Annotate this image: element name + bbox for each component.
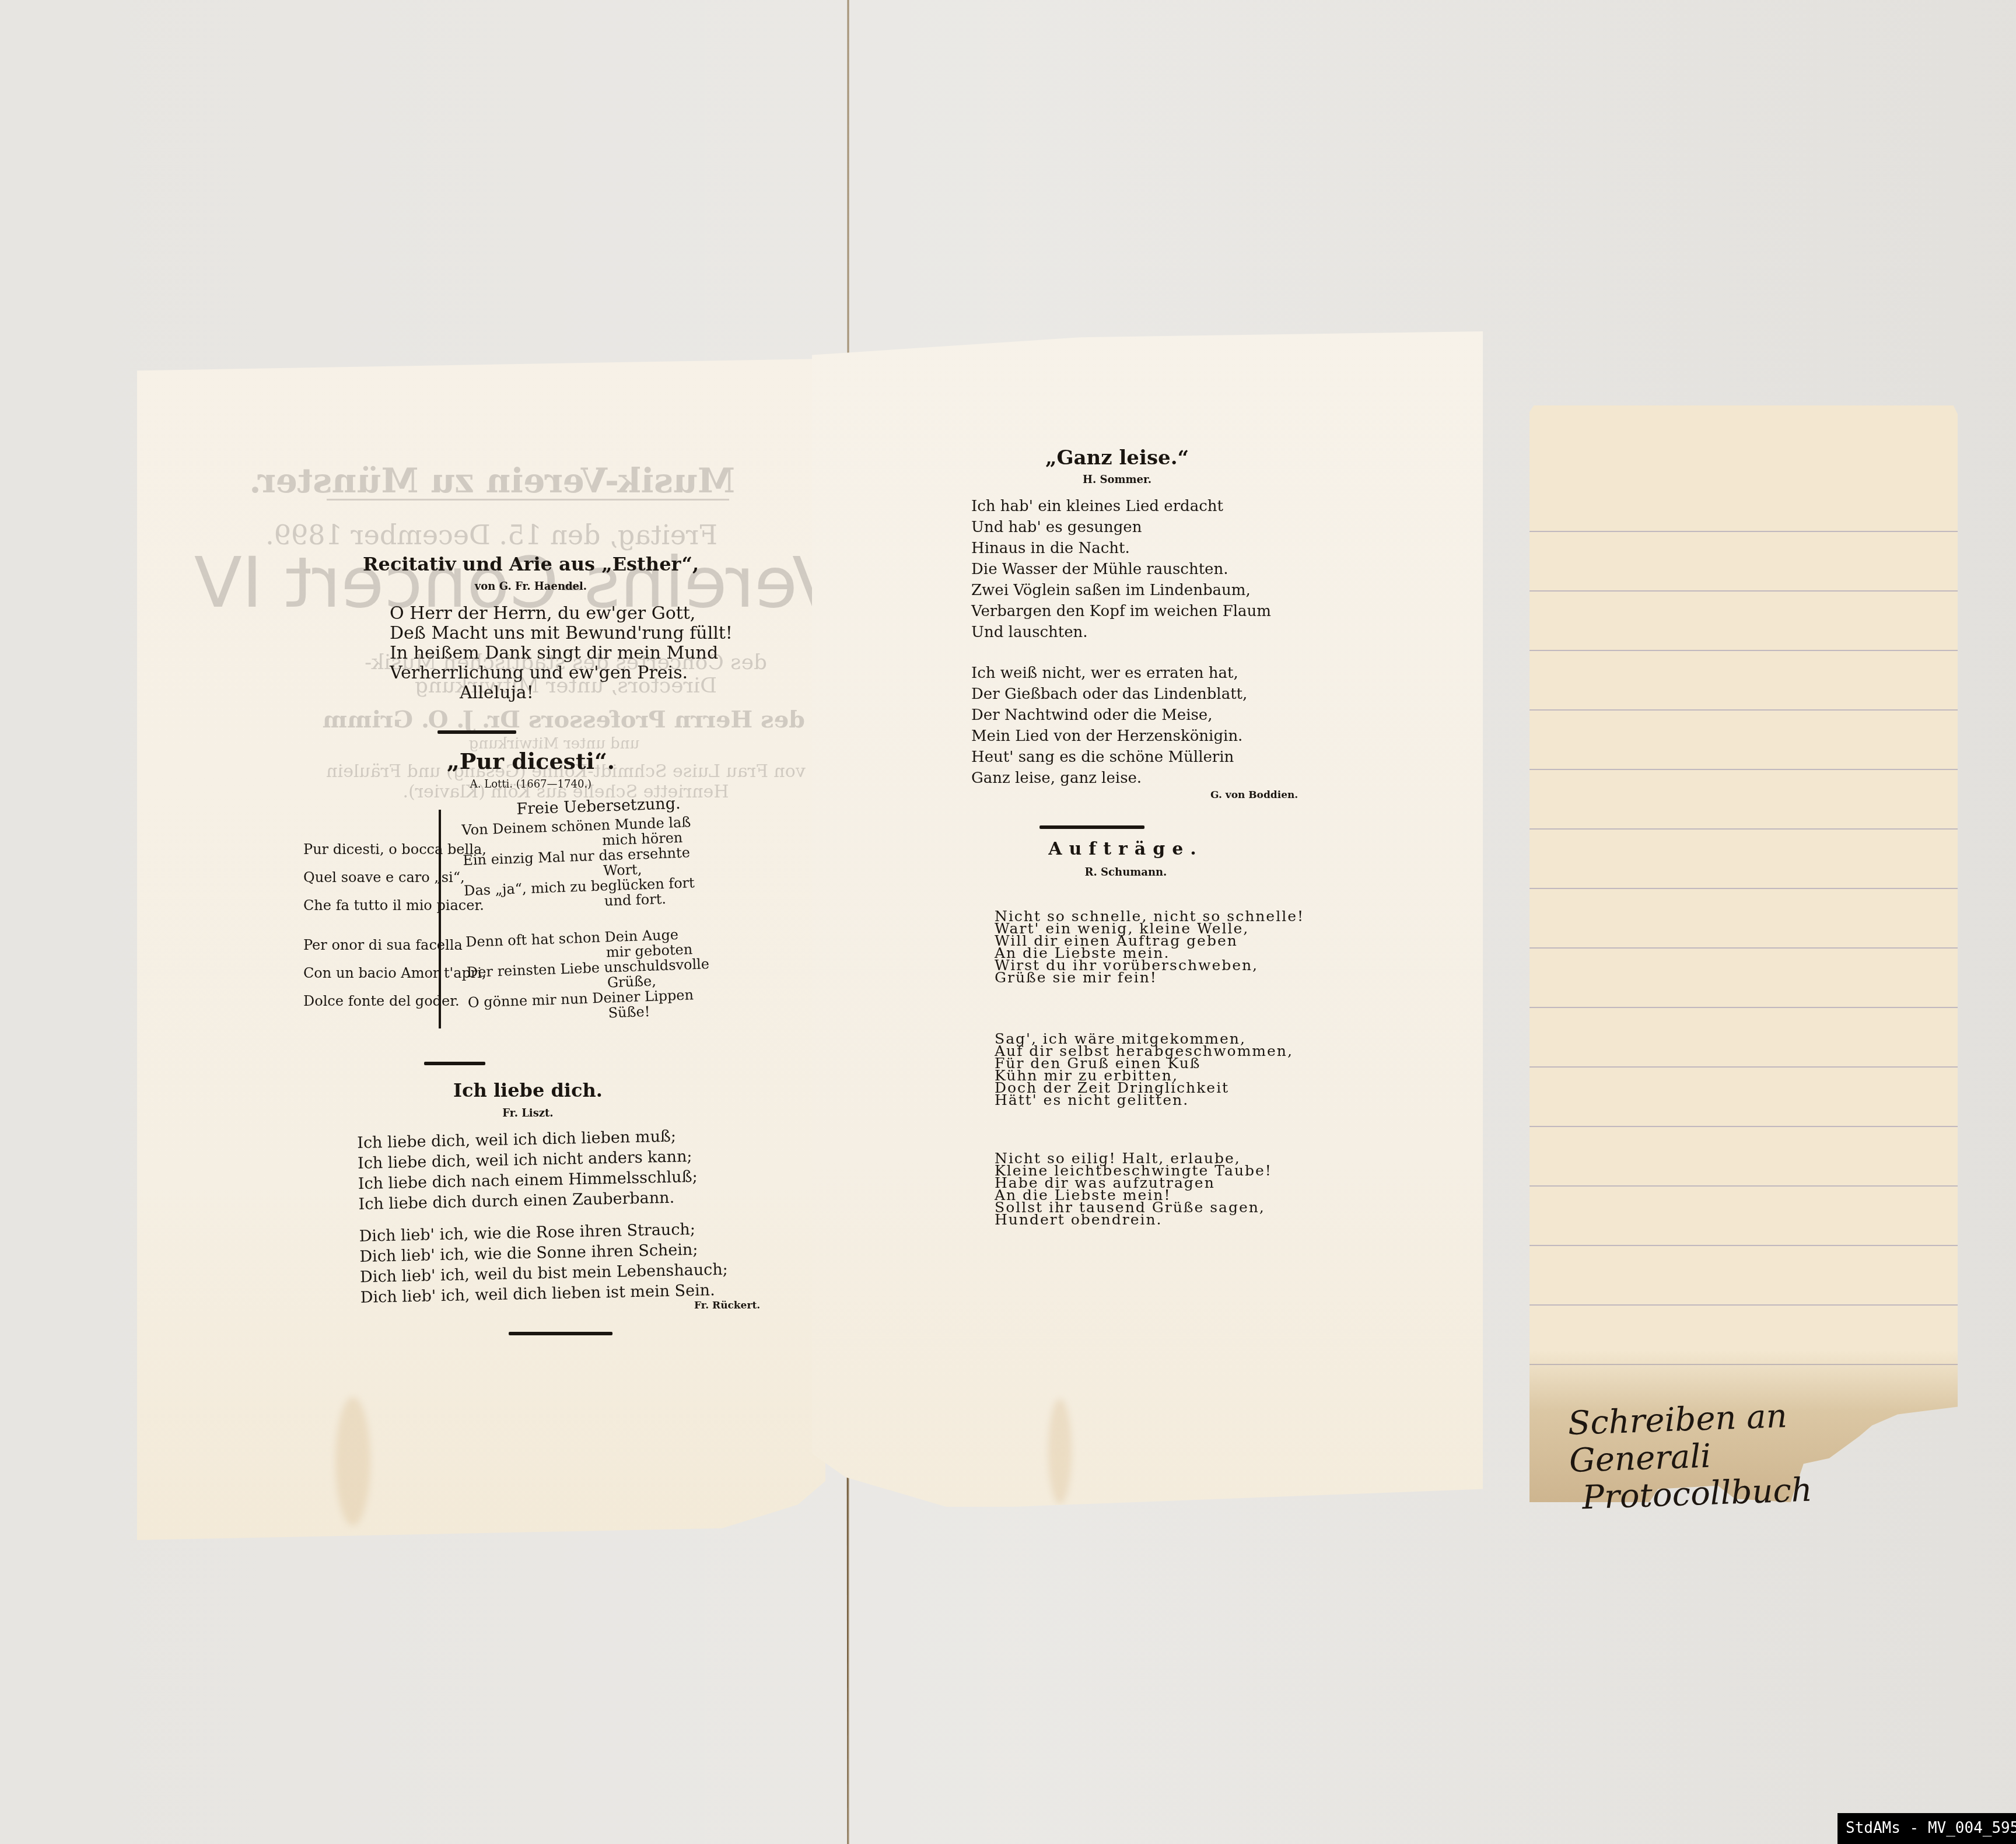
italian-text-column: Pur dicesti, o bocca bella, Quel soave e…: [303, 835, 487, 1015]
ruled-line: [1529, 947, 1958, 949]
verse-line: Deß Macht uns mit Bewund'rung füllt!: [390, 624, 733, 643]
column-divider: [439, 810, 441, 1028]
section-divider: [509, 1332, 612, 1335]
ruled-line: [1529, 590, 1958, 592]
section-title-auftraege: Aufträge.: [933, 839, 1318, 859]
section-divider: [424, 1062, 485, 1065]
verse-line: Verherrlichung und ew'gen Preis.: [390, 663, 733, 683]
bleed-through-line: des Herrn Professors Dr. J. O. Grimm: [327, 706, 805, 733]
verse-line: Per onor di sua facella: [303, 931, 487, 959]
verse-line: Hätt' es nicht gelitten.: [995, 1094, 1293, 1106]
ruled-line: [1529, 1126, 1958, 1127]
verse-esther: O Herr der Herrn, du ew'ger Gott, Deß Ma…: [390, 604, 733, 703]
verse-line: Pur dicesti, o bocca bella,: [303, 835, 487, 863]
ruled-line: [1529, 888, 1958, 889]
translation-column: Freie Uebersetzung. Von Deinem schönen M…: [461, 795, 711, 1025]
ruled-line: [1529, 828, 1958, 830]
ruled-line: [1529, 1304, 1958, 1306]
verse-ich-liebe-dich: Ich liebe dich, weil ich dich lieben muß…: [357, 1125, 729, 1308]
handwriting-line: Schreiben an Generali: [1567, 1395, 1873, 1480]
verse-line: Dolce fonte del goder.: [303, 987, 487, 1015]
verse-line: Con un bacio Amor t'apri,: [303, 959, 487, 987]
poet-credit-boddien: G. von Boddien.: [1210, 789, 1298, 801]
verse-line: Che fa tutto il mio piacer.: [303, 891, 487, 919]
lined-note-slip: [1529, 405, 1958, 1502]
verse-ganz-leise: Ich hab' ein kleines Lied erdacht Und ha…: [971, 496, 1271, 789]
poet-credit-rueckert: Fr. Rückert.: [694, 1300, 760, 1311]
ruled-line: [1529, 709, 1958, 711]
section-divider: [437, 730, 516, 734]
verse-line: Heut' sang es die schöne Müllerin: [971, 747, 1271, 768]
bleed-through-rule: [327, 499, 729, 501]
ruled-line: [1529, 1245, 1958, 1246]
scan-id-label: StdAMs - MV_004_595: [1838, 1813, 2016, 1844]
verse-line: Und hab' es gesungen: [971, 517, 1271, 538]
verse-line: Mein Lied von der Herzenskönigin.: [971, 726, 1271, 747]
water-stain: [335, 1397, 370, 1525]
ruled-line: [1529, 1185, 1958, 1187]
verse-line: Quel soave e caro „si“,: [303, 863, 487, 891]
verse-line: Die Wasser der Mühle rauschten.: [971, 559, 1271, 580]
verse-line: Und lauschten.: [971, 622, 1271, 643]
verse-line: Verbargen den Kopf im weichen Flaum: [971, 601, 1271, 622]
verse-line: Ganz leise, ganz leise.: [971, 768, 1271, 789]
water-stain: [1048, 1399, 1072, 1504]
section-title-pur-dicesti: „Pur dicesti“.: [327, 748, 735, 774]
verse-auftraege-stanza-3: Nicht so eilig! Halt, erlaube, Kleine le…: [995, 1152, 1272, 1226]
ruled-line: [1529, 531, 1958, 532]
verse-line: Der Nachtwind oder die Meise,: [971, 705, 1271, 726]
verse-auftraege: Nicht so schnelle, nicht so schnelle! Wa…: [995, 910, 1304, 984]
verse-line: O Herr der Herrn, du ew'ger Gott,: [390, 604, 733, 624]
verse-line: Der Gießbach oder das Lindenblatt,: [971, 684, 1271, 705]
verse-auftraege-stanza-2: Sag', ich wäre mitgekommen, Auf dir selb…: [995, 1033, 1293, 1106]
verse-line: Hinaus in die Nacht.: [971, 538, 1271, 559]
section-byline-ich-liebe-dich: Fr. Liszt.: [327, 1107, 729, 1119]
section-title-esther: Recitativ und Arie aus „Esther“,: [327, 553, 735, 575]
ruled-line: [1529, 1007, 1958, 1008]
verse-line: Ich hab' ein kleines Lied erdacht: [971, 496, 1271, 517]
section-byline-auftraege: R. Schumann.: [933, 866, 1318, 879]
ruled-line: [1529, 769, 1958, 770]
verse-line: In heißem Dank singt dir mein Mund: [390, 643, 733, 663]
section-byline-ganz-leise: H. Sommer.: [928, 474, 1307, 486]
bleed-through-header: Musik-Verein zu Münster.: [327, 461, 735, 501]
section-title-ganz-leise: „Ganz leise.“: [928, 446, 1307, 470]
section-title-ich-liebe-dich: Ich liebe dich.: [327, 1079, 729, 1101]
handwritten-note: Schreiben an Generali Protocollbuch: [1567, 1395, 1874, 1517]
section-divider: [1039, 825, 1144, 829]
verse-line: Alleluja!: [390, 683, 733, 703]
section-byline-pur-dicesti: A. Lotti. (1667—1740.): [327, 778, 735, 790]
verse-line: Ich weiß nicht, wer es erraten hat,: [971, 663, 1271, 684]
ruled-line: [1529, 1066, 1958, 1068]
verse-line: Zwei Vöglein saßen im Lindenbaum,: [971, 580, 1271, 601]
ruled-line: [1529, 650, 1958, 651]
section-byline-esther: von G. Fr. Haendel.: [327, 580, 735, 593]
